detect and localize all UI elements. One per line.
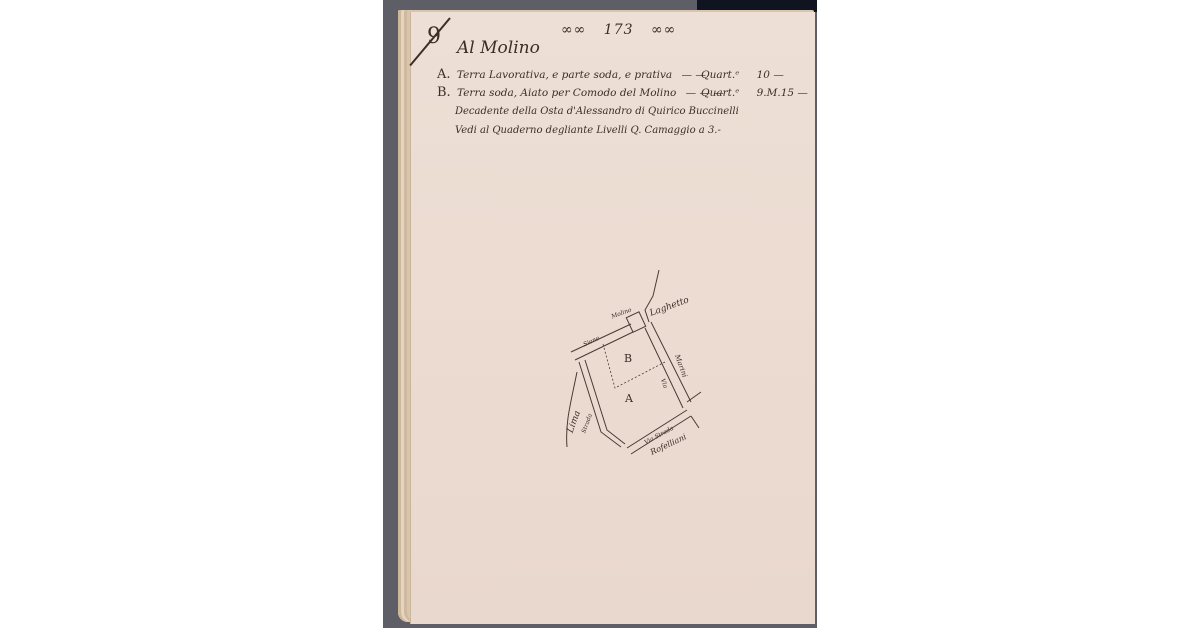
- property-map: [541, 252, 741, 472]
- entry-unit: Quart.ᵉ: [701, 69, 739, 81]
- ornament-left: ∞∞: [561, 22, 586, 38]
- entry-b: B. Terra soda, Aiato per Comodo del Moli…: [437, 85, 724, 100]
- ornament-right: ∞∞: [651, 22, 676, 38]
- entry-b-quantity: Quart.ᵉ 9.M.15 —: [701, 87, 808, 99]
- entry-description: Terra Lavorativa, e parte soda, e prativ…: [457, 69, 672, 81]
- entry-description: Terra soda, Aiato per Comodo del Molino: [457, 87, 676, 99]
- entry-unit: Quart.ᵉ: [701, 87, 739, 99]
- entry-letter: B.: [437, 85, 451, 100]
- manuscript-page: 9 ∞∞ 173 ∞∞ Al Molino A. Terra Lavorativ…: [410, 12, 815, 624]
- note-line-2: Vedi al Quaderno degliante Livelli Q. Ca…: [455, 125, 721, 136]
- entry-quantity: 10 —: [757, 69, 784, 81]
- entry-letter: A.: [437, 67, 451, 82]
- entry-a: A. Terra Lavorativa, e parte soda, e pra…: [437, 67, 706, 82]
- page-number-value: 173: [604, 22, 634, 38]
- section-title: Al Molino: [457, 38, 540, 58]
- entry-a-quantity: Quart.ᵉ 10 —: [701, 69, 784, 81]
- page-number: ∞∞ 173 ∞∞: [561, 22, 676, 38]
- entry-quantity: 9.M.15 —: [757, 87, 808, 99]
- note-line-1: Decadente della Osta d'Alessandro di Qui…: [455, 106, 739, 117]
- map-label-plot-a: A: [625, 392, 633, 405]
- map-label-plot-b: B: [624, 352, 632, 365]
